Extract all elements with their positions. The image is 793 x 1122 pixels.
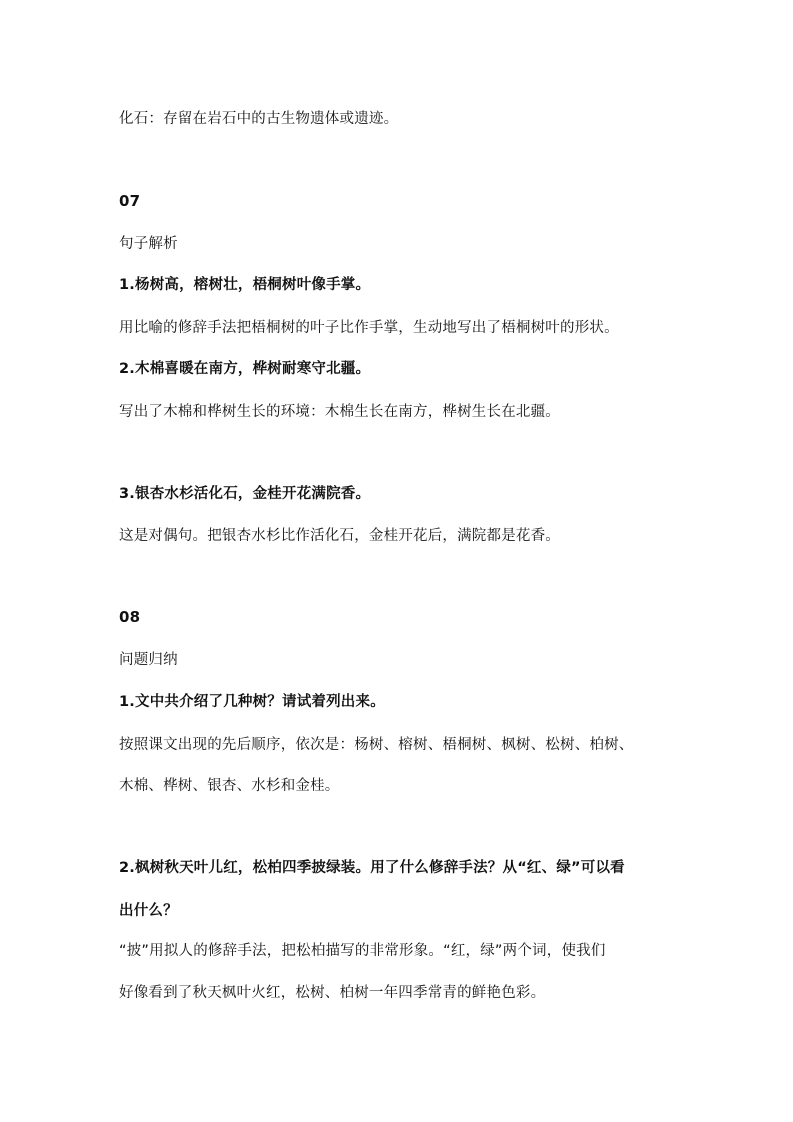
sentence-2-heading: 2.木棉喜暖在南方，桦树耐寒守北疆。 — [119, 359, 370, 379]
sentence-1-heading: 1.杨树高，榕树壮，梧桐树叶像手掌。 — [119, 275, 370, 295]
question-1-answer-line-1: 按照课文出现的先后顺序，依次是：杨树、榕树、梧桐树、枫树、松树、柏树、 — [119, 735, 634, 755]
fossil-definition: 化石：存留在岩石中的古生物遗体或遗迹。 — [119, 109, 398, 129]
sentence-3-explanation: 这是对偶句。把银杏水杉比作活化石，金桂开花后，满院都是花香。 — [119, 526, 560, 546]
section-title-sentence-analysis: 句子解析 — [119, 234, 178, 254]
sentence-1-explanation: 用比喻的修辞手法把梧桐树的叶子比作手掌，生动地写出了梧桐树叶的形状。 — [119, 318, 619, 338]
question-2-heading-line-2: 出什么？ — [119, 901, 178, 921]
question-2-heading-line-1: 2.枫树秋天叶儿红，松柏四季披绿装。用了什么修辞手法？从“红、绿”可以看 — [119, 858, 625, 878]
section-title-question-summary: 问题归纳 — [119, 650, 178, 670]
question-1-answer-line-2: 木棉、桦树、银杏、水杉和金桂。 — [119, 776, 340, 796]
sentence-3-heading: 3.银杏水杉活化石，金桂开花满院香。 — [119, 484, 370, 504]
section-number-08: 08 — [119, 607, 140, 627]
section-number-07: 07 — [119, 191, 140, 211]
question-2-answer-line-1: “披”用拟人的修辞手法，把松柏描写的非常形象。“红，绿”两个词，使我们 — [119, 941, 606, 961]
sentence-2-explanation: 写出了木棉和桦树生长的环境：木棉生长在南方，桦树生长在北疆。 — [119, 402, 560, 422]
question-2-answer-line-2: 好像看到了秋天枫叶火红，松树、柏树一年四季常青的鲜艳色彩。 — [119, 983, 545, 1003]
question-1-heading: 1.文中共介绍了几种树？请试着列出来。 — [119, 692, 385, 712]
